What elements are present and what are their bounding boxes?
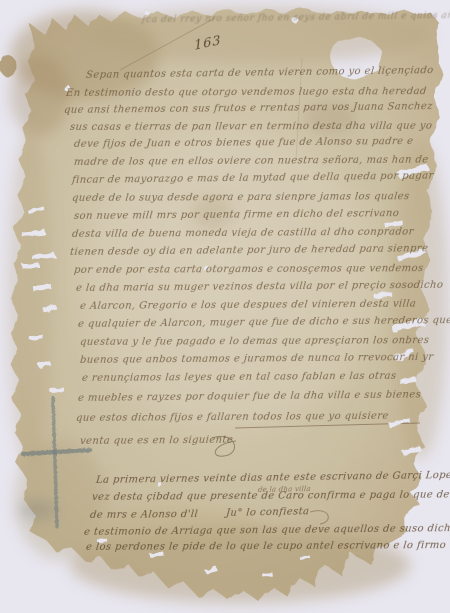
wormhole [158,483,162,487]
wormhole [65,86,71,92]
wormhole [203,265,208,270]
center-light [80,130,380,430]
parchment-artwork [0,0,450,613]
wormhole [292,17,298,23]
wormhole [145,11,150,16]
scan-background: ſca del rrey nro señor fho en seys de ab… [0,0,450,613]
